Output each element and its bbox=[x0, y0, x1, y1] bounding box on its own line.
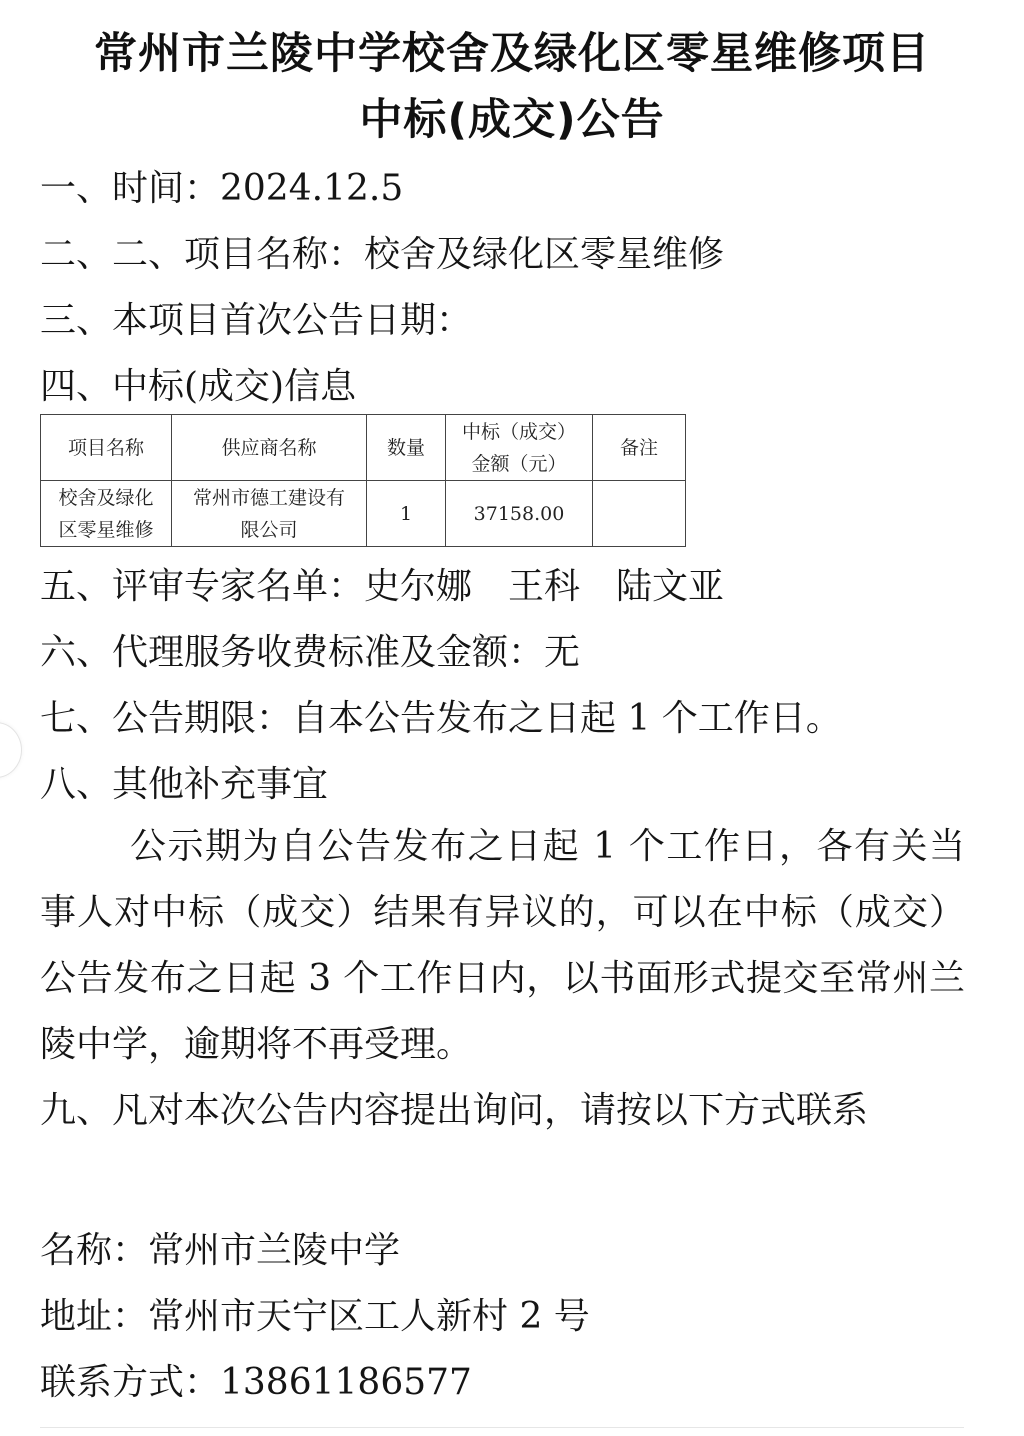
item-project-name: 二、二、项目名称：校舍及绿化区零星维修 bbox=[40, 226, 724, 277]
document-title-line-2: 中标(成交)公告 bbox=[0, 86, 1024, 147]
cell-amount: 37158.00 bbox=[446, 481, 593, 547]
header-project-name: 项目名称 bbox=[41, 415, 172, 481]
item-first-announcement-date: 三、本项目首次公告日期： bbox=[40, 292, 472, 343]
item-inquiry: 九、凡对本次公告内容提出询问，请按以下方式联系 bbox=[40, 1078, 965, 1144]
header-amount-line-2: 金额（元） bbox=[450, 448, 588, 480]
document-title-line-1: 常州市兰陵中学校舍及绿化区零星维修项目 bbox=[0, 20, 1024, 81]
item-announcement-period: 七、公告期限：自本公告发布之日起 1 个工作日。 bbox=[40, 690, 842, 741]
cell-project: 校舍及绿化 区零星维修 bbox=[41, 481, 172, 547]
bid-result-table: 项目名称 供应商名称 数量 中标（成交） 金额（元） 备注 校舍及绿化 区零星维… bbox=[40, 414, 686, 547]
header-quantity: 数量 bbox=[367, 415, 446, 481]
header-remark: 备注 bbox=[593, 415, 686, 481]
supplement-paragraph: 公示期为自公告发布之日起 1 个工作日，各有关当事人对中标（成交）结果有异议的，… bbox=[40, 814, 965, 1078]
header-amount-line-1: 中标（成交） bbox=[450, 416, 588, 448]
contact-name: 名称：常州市兰陵中学 bbox=[40, 1222, 400, 1273]
header-supplier-name: 供应商名称 bbox=[172, 415, 367, 481]
floating-side-button[interactable] bbox=[0, 722, 22, 778]
cell-remark bbox=[593, 481, 686, 547]
bottom-divider bbox=[40, 1427, 964, 1428]
item-bid-info-heading: 四、中标(成交)信息 bbox=[40, 358, 356, 409]
cell-supplier-line-2: 限公司 bbox=[176, 514, 362, 546]
item-agency-fee: 六、代理服务收费标准及金额：无 bbox=[40, 624, 580, 675]
contact-phone: 联系方式：13861186577 bbox=[40, 1354, 472, 1405]
cell-supplier: 常州市德工建设有 限公司 bbox=[172, 481, 367, 547]
table-header-row: 项目名称 供应商名称 数量 中标（成交） 金额（元） 备注 bbox=[41, 415, 686, 481]
cell-project-line-2: 区零星维修 bbox=[45, 514, 167, 546]
cell-project-line-1: 校舍及绿化 bbox=[45, 482, 167, 514]
header-amount: 中标（成交） 金额（元） bbox=[446, 415, 593, 481]
contact-address: 地址：常州市天宁区工人新村 2 号 bbox=[40, 1288, 590, 1339]
cell-supplier-line-1: 常州市德工建设有 bbox=[176, 482, 362, 514]
table-row: 校舍及绿化 区零星维修 常州市德工建设有 限公司 1 37158.00 bbox=[41, 481, 686, 547]
item-expert-list: 五、评审专家名单：史尔娜 王科 陆文亚 bbox=[40, 558, 724, 609]
item-other-matters: 八、其他补充事宜 bbox=[40, 756, 328, 807]
item-time: 一、时间：2024.12.5 bbox=[40, 160, 403, 211]
cell-quantity: 1 bbox=[367, 481, 446, 547]
